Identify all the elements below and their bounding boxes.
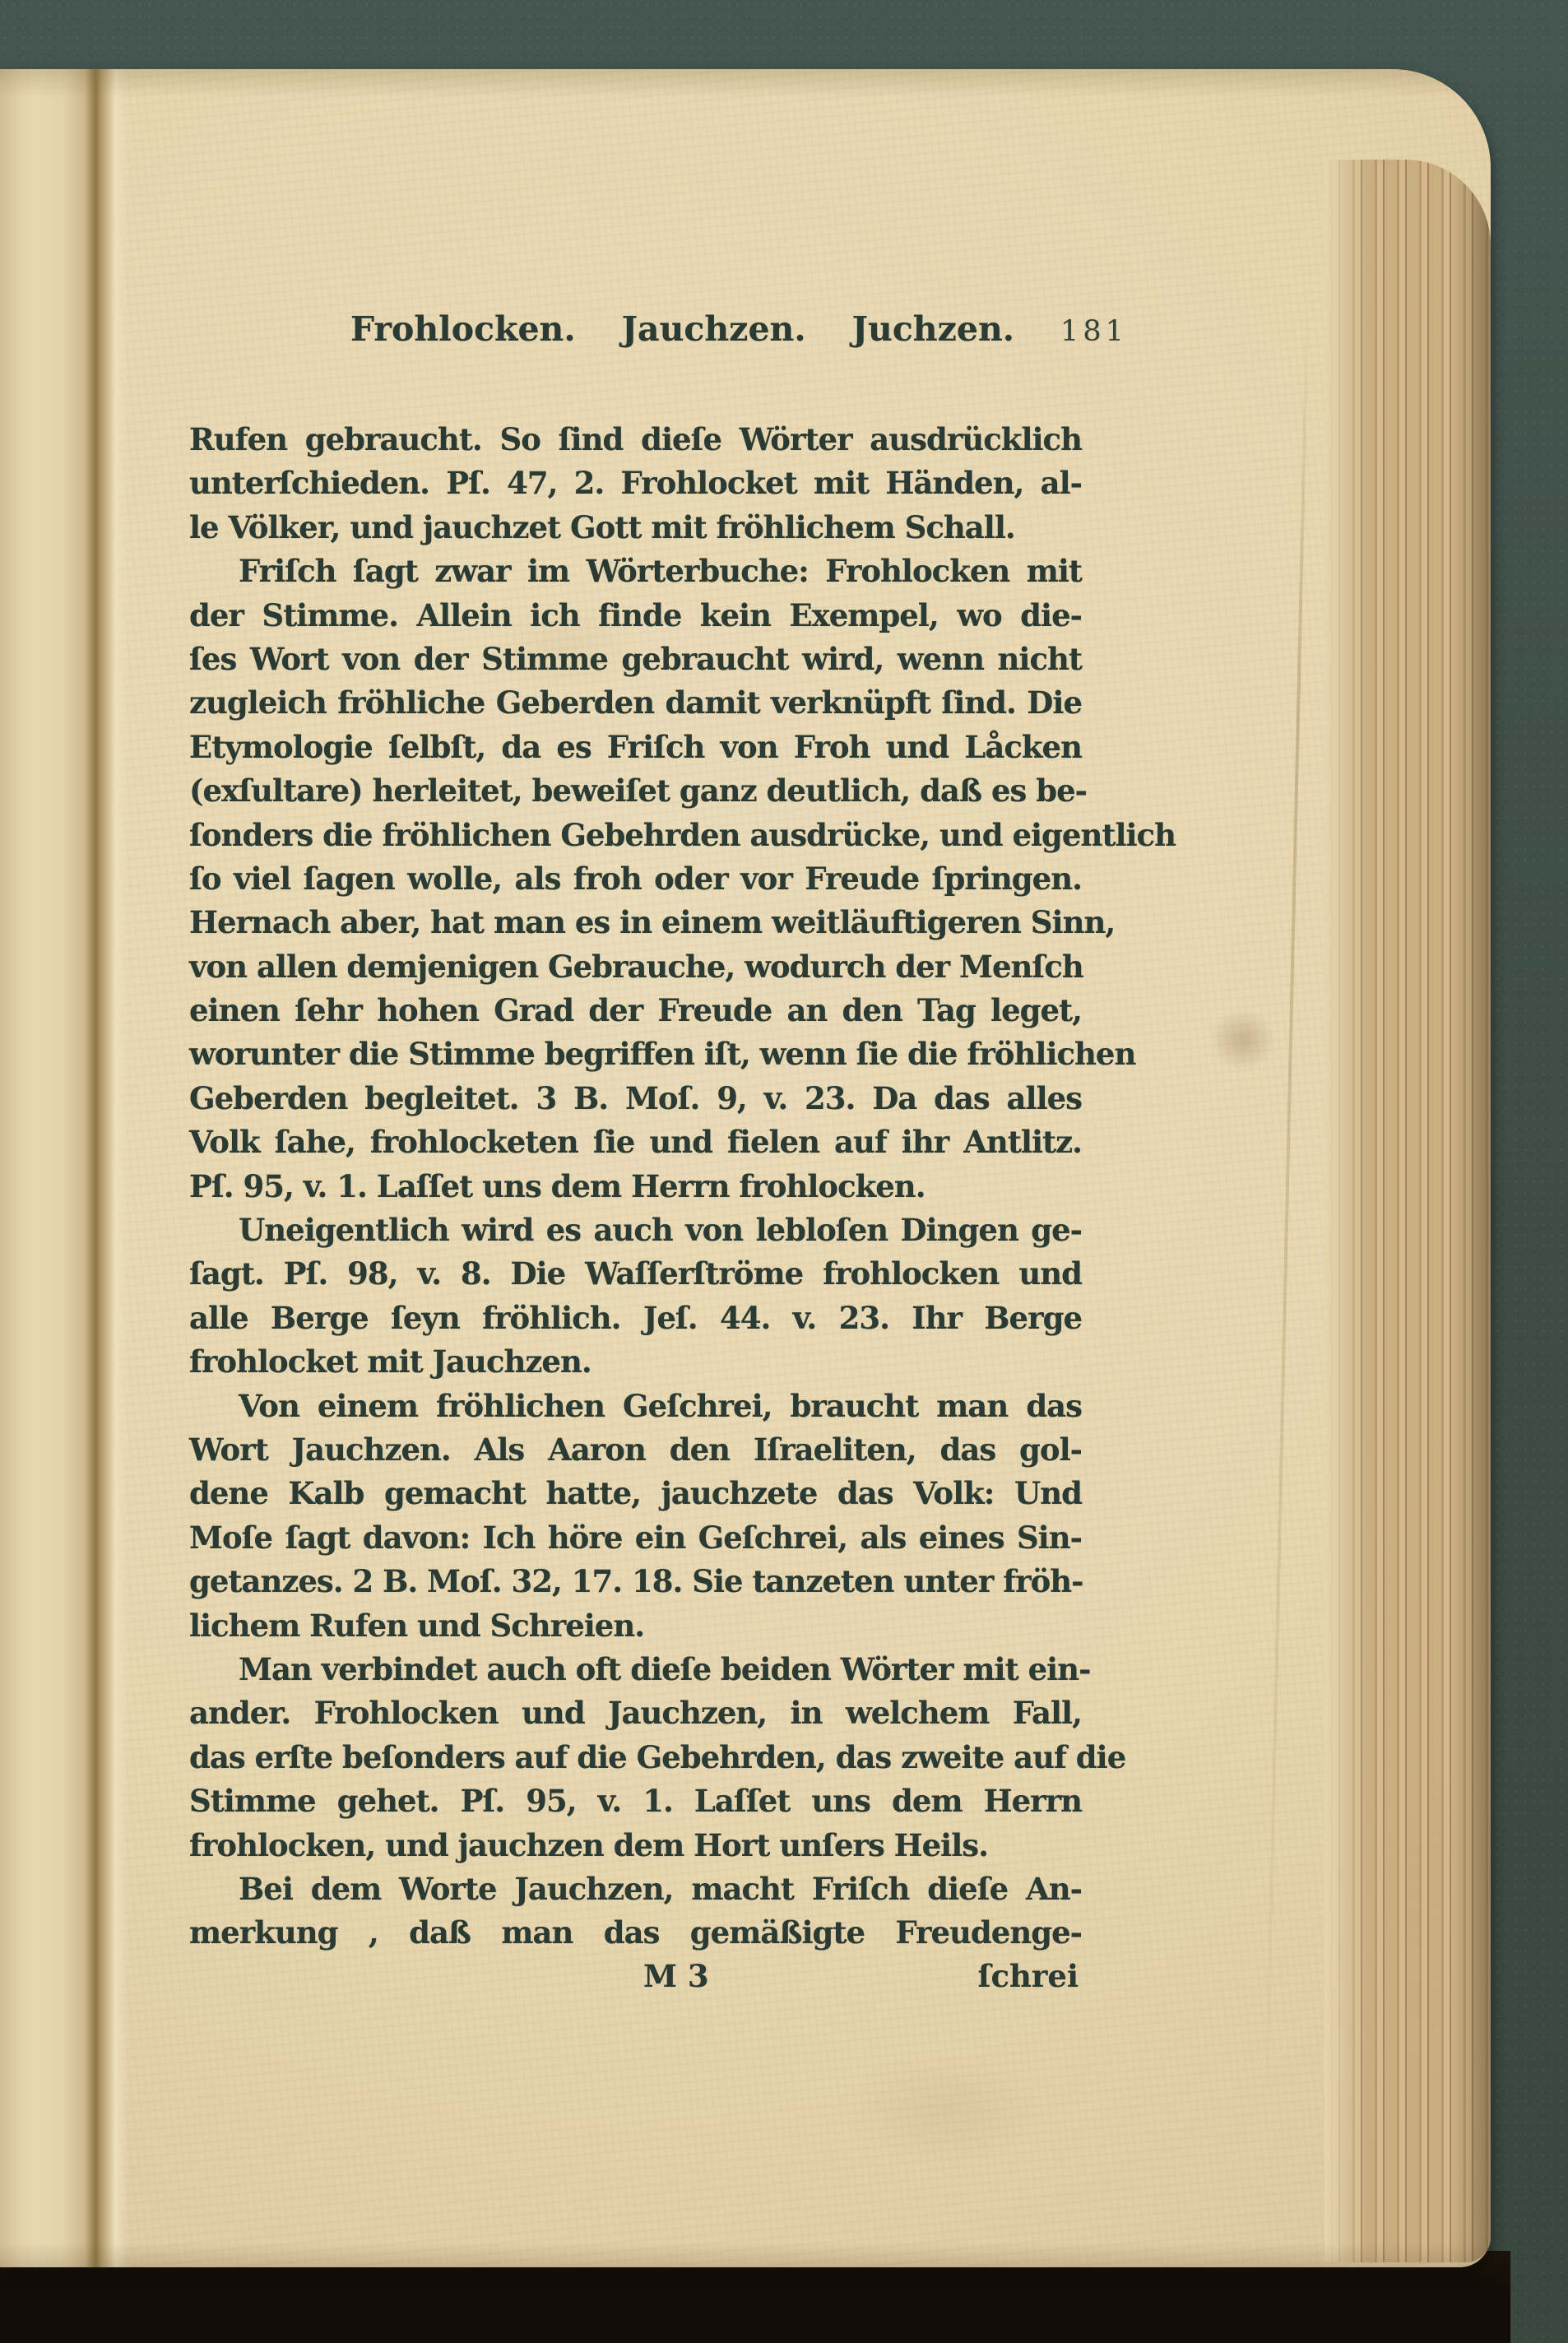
text-line: Von einem fröhlichen Geſchrei, braucht m… <box>189 1385 1082 1428</box>
text-line: Rufen gebraucht. So ſind dieſe Wörter au… <box>189 418 1082 462</box>
text-line: frohlocket mit Jauchzen. <box>189 1340 1082 1384</box>
header-keyword: Jauchzen. <box>622 313 806 346</box>
text-line: Bei dem Worte Jauchzen, macht Friſch die… <box>189 1867 1082 1911</box>
text-line: Geberden begleitet. 3 B. Moſ. 9, v. 23. … <box>189 1077 1082 1120</box>
header-keyword: Frohlocken. <box>350 313 576 346</box>
running-header: Frohlocken. Jauchzen. Juchzen. 181 <box>189 313 1082 346</box>
text-line: Uneigentlich wird es auch von lebloſen D… <box>189 1209 1082 1252</box>
text-line: ſonders die fröhlichen Gebehrden ausdrüc… <box>189 814 1082 857</box>
text-line: ſes Wort von der Stimme gebraucht wird, … <box>189 638 1082 681</box>
text-line: Friſch ſagt zwar im Wörterbuche: Frohloc… <box>189 550 1082 593</box>
text-line: zugleich fröhliche Geberden damit verknü… <box>189 681 1082 725</box>
text-line: das erſte beſonders auf die Gebehrden, d… <box>189 1736 1082 1779</box>
text-line: alle Berge ſeyn fröhlich. Jeſ. 44. v. 23… <box>189 1297 1082 1340</box>
paper-crease <box>1264 299 1310 2142</box>
text-line: le Völker, und jauchzet Gott mit fröhlic… <box>189 506 1082 550</box>
scan-background: Frohlocken. Jauchzen. Juchzen. 181 Rufen… <box>0 0 1568 2343</box>
text-line: dene Kalb gemacht hatte, jauchzete das V… <box>189 1472 1082 1515</box>
text-line: (exſultare) herleitet, beweiſet ganz deu… <box>189 769 1082 813</box>
book-page: Frohlocken. Jauchzen. Juchzen. 181 Rufen… <box>0 69 1491 2267</box>
text-line: Pſ. 95, v. 1. Laſſet uns dem Herrn frohl… <box>189 1165 1082 1209</box>
text-line: frohlocken, und jauchzen dem Hort unſers… <box>189 1824 1082 1867</box>
catchword: ſchrei <box>978 1958 1079 1994</box>
text-body: Rufen gebraucht. So ſind dieſe Wörter au… <box>189 418 1082 1956</box>
page-footer: M 3 ſchrei <box>189 1958 1082 2006</box>
text-line: ander. Frohlocken und Jauchzen, in welch… <box>189 1691 1082 1735</box>
page-number: 181 <box>1060 318 1128 346</box>
text-line: Moſe ſagt davon: Ich höre ein Geſchrei, … <box>189 1516 1082 1560</box>
text-line: der Stimme. Allein ich finde kein Exempe… <box>189 594 1082 638</box>
signature-mark: M 3 <box>643 1958 709 1994</box>
text-line: worunter die Stimme begriffen iſt, wenn … <box>189 1032 1082 1076</box>
text-line: merkung , daß man das gemäßigte Freudeng… <box>189 1911 1082 1955</box>
text-line: Wort Jauchzen. Als Aaron den Iſraeliten,… <box>189 1428 1082 1472</box>
text-line: getanzes. 2 B. Moſ. 32, 17. 18. Sie tanz… <box>189 1560 1082 1603</box>
paper-stain <box>1198 997 1288 1083</box>
text-line: Etymologie ſelbſt, da es Friſch von Froh… <box>189 726 1082 769</box>
text-line: Volk ſahe, frohlocketen ſie und fielen a… <box>189 1120 1082 1164</box>
text-line: Hernach aber, hat man es in einem weitlä… <box>189 901 1082 944</box>
text-line: einen ſehr hohen Grad der Freude an den … <box>189 989 1082 1032</box>
header-keyword: Juchzen. <box>852 313 1014 346</box>
text-line: lichem Rufen und Schreien. <box>189 1604 1082 1648</box>
gutter-crease <box>0 69 128 2267</box>
paper-stain <box>806 2027 1086 2192</box>
text-line: unterſchieden. Pſ. 47, 2. Frohlocket mit… <box>189 462 1082 505</box>
text-line: ſo viel ſagen wolle, als froh oder vor F… <box>189 857 1082 901</box>
text-line: von allen demjenigen Gebrauche, wodurch … <box>189 945 1082 989</box>
fore-edge-page-stack <box>1324 160 1491 2262</box>
text-line: Stimme gehet. Pſ. 95, v. 1. Laſſet uns d… <box>189 1779 1082 1823</box>
text-line: Man verbindet auch oft dieſe beiden Wört… <box>189 1648 1082 1691</box>
text-line: ſagt. Pſ. 98, v. 8. Die Waſſerſtröme fro… <box>189 1252 1082 1296</box>
